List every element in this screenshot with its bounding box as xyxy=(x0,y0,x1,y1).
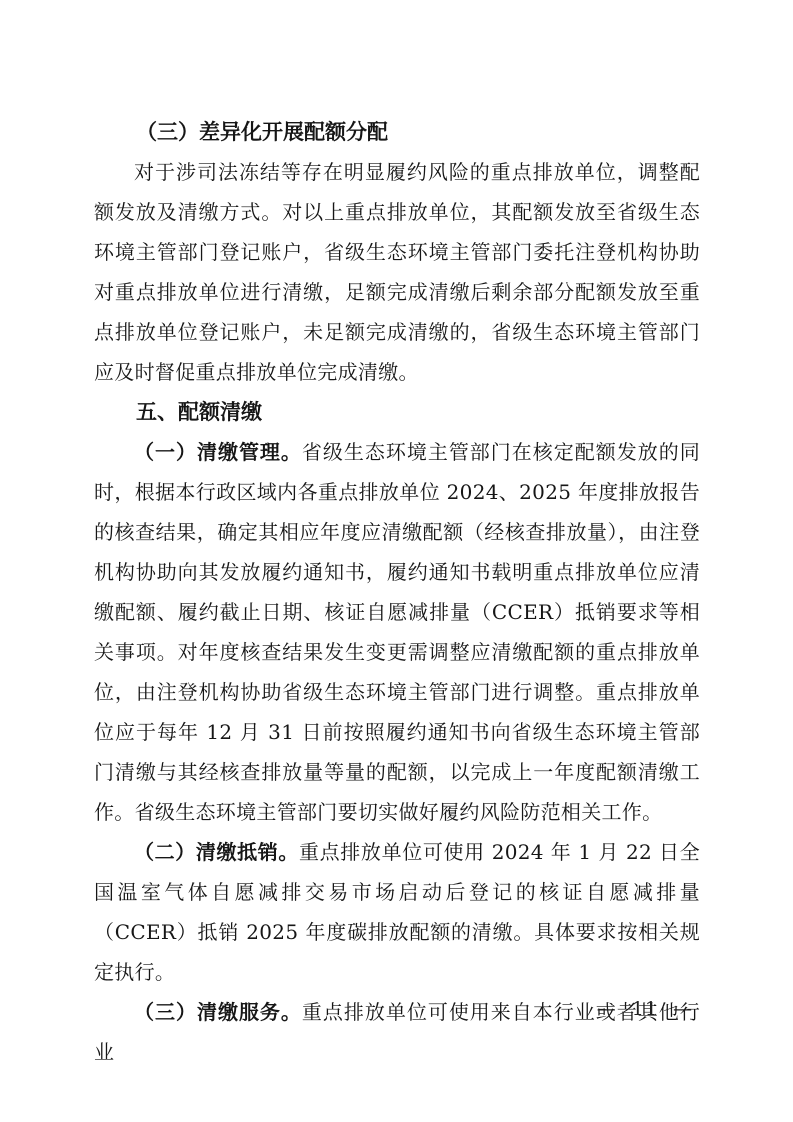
section-heading-differentiated-allocation: （三）差异化开展配额分配 xyxy=(94,112,700,152)
paragraph-settlement-offset: （二）清缴抵销。重点排放单位可使用 2024 年 1 月 22 日全国温室气体自… xyxy=(94,832,700,992)
paragraph-lead: （三）清缴服务。 xyxy=(134,1000,302,1024)
paragraph-judicial-freeze: 对于涉司法冻结等存在明显履约风险的重点排放单位，调整配额发放及清缴方式。对以上重… xyxy=(94,152,700,392)
page-number: — 11 — xyxy=(597,995,693,1023)
paragraph-settlement-management: （一）清缴管理。省级生态环境主管部门在核定配额发放的同时，根据本行政区域内各重点… xyxy=(94,432,700,832)
paragraph-text: 对于涉司法冻结等存在明显履约风险的重点排放单位，调整配额发放及清缴方式。对以上重… xyxy=(94,160,700,384)
paragraph-lead: （二）清缴抵销。 xyxy=(134,840,299,864)
chapter-heading-quota-settlement: 五、配额清缴 xyxy=(94,392,700,432)
document-page: （三）差异化开展配额分配 对于涉司法冻结等存在明显履约风险的重点排放单位，调整配… xyxy=(94,112,700,1072)
paragraph-text: 省级生态环境主管部门在核定配额发放的同时，根据本行政区域内各重点排放单位 202… xyxy=(94,440,700,824)
paragraph-lead: （一）清缴管理。 xyxy=(134,440,302,464)
